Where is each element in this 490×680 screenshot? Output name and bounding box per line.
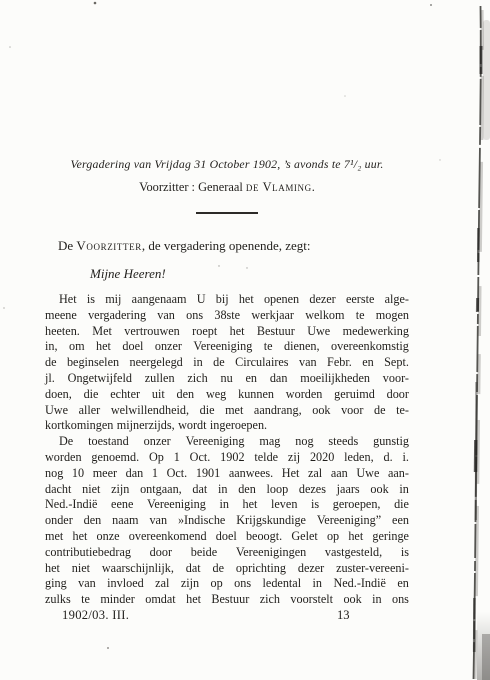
- text-line: DetoestandonzerVereenigingmagnogsteedsgu…: [45, 434, 409, 450]
- chair-line: Voorzitter : Generaal de Vlaming.: [45, 180, 409, 195]
- volume-signature: 1902/03. III.: [62, 608, 129, 623]
- text-line: kortkomingenmijnerzijds,wordtingeroepen.: [45, 418, 409, 434]
- paragraph-2: DetoestandonzerVereenigingmagnogsteedsgu…: [45, 434, 409, 608]
- text-line: Uweallerwelwillendheid,diemetaandrang,oo…: [45, 403, 409, 419]
- text-line: methetonzeovereenkomenddoelbeoogt.Geleto…: [45, 529, 409, 545]
- text-line: debeginselenneergelegdindeCirculairesvan…: [45, 355, 409, 371]
- opening-suffix: , de vergadering openende, zegt:: [142, 238, 311, 253]
- salutation: Mijne Heeren!: [45, 266, 166, 282]
- text-line: HetismijaangenaamUbijhetopenendezereerst…: [45, 292, 409, 308]
- text-line: doen,dieechteruitdenwegkunnenwordengerui…: [45, 387, 409, 403]
- chair-suffix: .: [312, 180, 315, 194]
- text-line: heeten.MetvertrouwenroepthetBestuurUweme…: [45, 324, 409, 340]
- chair-prefix: Voorzitter : Generaal: [139, 180, 246, 194]
- footer: 1902/03. III. 13: [45, 608, 409, 624]
- opening-prefix: De: [58, 238, 76, 253]
- text-line: hetnietwaarschijnlijk,datdeoprichtingdez…: [45, 561, 409, 577]
- chair-name: de Vlaming: [246, 180, 312, 194]
- text-line: zulksteminderomdathetBestuurzichvoorstel…: [45, 592, 409, 608]
- meeting-title: Vergadering van Vrijdag 31 October 1902,…: [45, 157, 409, 172]
- body-text: HetismijaangenaamUbijhetopenendezereerst…: [45, 292, 409, 608]
- opening-sentence: De Voorzitter, de vergadering openende, …: [45, 238, 409, 254]
- text-line: in,omhetdoelonzerVereenigingtedienen,ove…: [45, 339, 409, 355]
- paragraph-1: HetismijaangenaamUbijhetopenendezereerst…: [45, 292, 409, 434]
- text-line: meenevergaderingvanons38stewerkjaarwelko…: [45, 308, 409, 324]
- text-line: Ned.-IndiëeeneVereeniginginhetlevenisger…: [45, 497, 409, 513]
- text-line: contributiebedragdoorbeideVereenigingenv…: [45, 545, 409, 561]
- text-line: gingvaninvloedzalzijnoponsledentalinNed.…: [45, 576, 409, 592]
- text-line: nog10meerdan1Oct.1901aanwees.HetzalaanUw…: [45, 466, 409, 482]
- text-line: wordengenoemd.Op1Oct.1902teldezij2020led…: [45, 450, 409, 466]
- page-number: 13: [337, 608, 350, 623]
- opening-speaker: Voorzitter: [76, 238, 141, 253]
- section-divider: [196, 212, 258, 214]
- text-column: Vergadering van Vrijdag 31 October 1902,…: [45, 0, 409, 680]
- text-line: dachtnietzijnontgaan,datindenloopdezesja…: [45, 482, 409, 498]
- text-line: jl.Ongetwijfeldzullenzichnuendanmoeilijk…: [45, 371, 409, 387]
- scan-edge-artifact: [474, 6, 490, 680]
- scanned-page: Vergadering van Vrijdag 31 October 1902,…: [0, 0, 490, 680]
- text-line: onderdennaamvan»IndischeKrijgskundigeVer…: [45, 513, 409, 529]
